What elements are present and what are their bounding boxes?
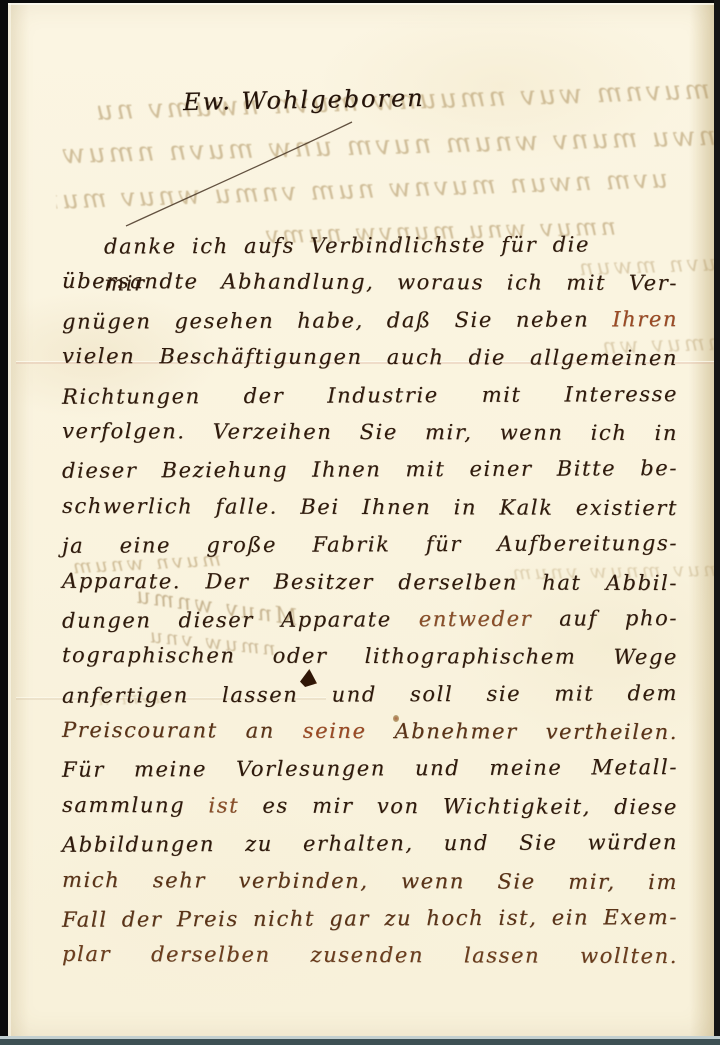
handwriting-line: Abbildungen zu erhalten, und Sie würden	[62, 824, 678, 864]
handwriting-segment: es mir von Wichtigkeit, diese	[239, 793, 678, 819]
handwriting-line: Fall der Preis nicht gar zu hoch ist, ei…	[62, 899, 678, 939]
letter-body: danke ich aufs Verbindlichste für die mi…	[62, 227, 678, 975]
handwriting-segment: entweder	[419, 607, 533, 631]
handwriting-segment: verfolgen. Verzeihen Sie mir, wenn ich i…	[62, 419, 678, 445]
handwriting-segment: seine	[303, 719, 367, 743]
handwriting-line: sammlung ist es mir von Wichtigkeit, die…	[62, 787, 678, 827]
handwriting-segment: Für meine Vorlesungen und meine Metall-	[62, 756, 678, 783]
handwriting-segment: ja eine große Fabrik für Aufbereitungs-	[62, 531, 678, 558]
handwriting-line: dungen dieser Apparate entweder auf pho-	[62, 600, 678, 640]
handwriting-line: schwerlich falle. Bei Ihnen in Kalk exis…	[62, 488, 678, 528]
handwriting-segment: anfertigen lassen und soll sie mit dem	[62, 681, 678, 708]
handwriting-segment: Preiscourant an	[62, 718, 303, 743]
handwriting-line: danke ich aufs Verbindlichste für die mi…	[62, 226, 678, 266]
handwriting-segment: Richtungen der Industrie mit Interesse	[62, 382, 678, 409]
handwriting-line: dieser Beziehung Ihnen mit einer Bitte b…	[62, 450, 678, 490]
handwriting-segment: auf pho-	[532, 606, 678, 631]
ink-bleedthrough-line: nwu munv wnum nuvm unw muvn nmuw vun nmu…	[60, 121, 717, 170]
handwriting-segment: Ihren	[612, 307, 678, 331]
handwriting-segment: Apparate. Der Besitzer derselben hat Abb…	[62, 568, 678, 594]
handwriting-line: verfolgen. Verzeihen Sie mir, wenn ich i…	[62, 413, 678, 453]
handwriting-line: tographischen oder lithographischem Wege	[62, 637, 678, 677]
handwriting-segment: ist	[208, 793, 239, 817]
paper-edge-top	[8, 3, 714, 5]
handwriting-segment: tographischen oder lithographischem Wege	[62, 643, 678, 669]
handwriting-segment: Fall der Preis nicht gar zu hoch ist, ei…	[62, 905, 678, 932]
handwriting-line: anfertigen lassen und soll sie mit dem	[62, 675, 678, 715]
handwriting-line: gnügen gesehen habe, daß Sie neben Ihren	[62, 301, 678, 341]
handwriting-segment: gnügen gesehen habe, daß Sie neben	[62, 307, 612, 333]
handwriting-line: Apparate. Der Besitzer derselben hat Abb…	[62, 562, 678, 602]
scan-border-right	[714, 0, 720, 1045]
handwriting-segment: dieser Beziehung Ihnen mit einer Bitte b…	[62, 456, 678, 483]
handwriting-line: ja eine große Fabrik für Aufbereitungs-	[62, 525, 678, 565]
handwriting-segment: Abnehmer vertheilen.	[367, 719, 678, 744]
handwriting-segment: sammlung	[62, 793, 208, 818]
handwriting-line: mich sehr verbinden, wenn Sie mir, im	[62, 862, 678, 902]
handwriting-segment: schwerlich falle. Bei Ihnen in Kalk exis…	[62, 494, 678, 520]
handwriting-line: Für meine Vorlesungen und meine Metall-	[62, 750, 678, 790]
handwriting-segment: vielen Beschäftigungen auch die allgemei…	[62, 344, 678, 370]
paper-edge-left	[8, 3, 11, 1037]
ink-bleedthrough-line: uvm nwun muvnw num vnmu wnuv munw nuvmn	[56, 164, 669, 215]
salutation: Ew. Wohlgeboren	[183, 84, 425, 116]
ink-speck	[393, 715, 399, 722]
handwriting-line: vielen Beschäftigungen auch die allgemei…	[62, 338, 678, 378]
handwriting-segment: Abbildungen zu erhalten, und Sie würden	[62, 830, 678, 857]
scan-frame: muvnm wuv nmuunw muvn nwumv nuv wnmuv nu…	[0, 0, 720, 1045]
handwriting-segment: dungen dieser Apparate	[62, 607, 419, 633]
scan-border-bottom	[0, 1039, 720, 1045]
handwriting-segment: übersandte Abhandlung, woraus ich mit Ve…	[62, 269, 678, 295]
handwriting-line: plar derselben zusenden lassen wollten.	[62, 936, 678, 976]
handwriting-segment: mich sehr verbinden, wenn Sie mir, im	[62, 868, 678, 894]
handwriting-segment: plar derselben zusenden lassen wollten.	[62, 942, 678, 968]
handwriting-line: Preiscourant an seine Abnehmer vertheile…	[62, 712, 678, 752]
handwriting-line: übersandte Abhandlung, woraus ich mit Ve…	[62, 263, 678, 303]
handwriting-line: Richtungen der Industrie mit Interesse	[62, 376, 678, 416]
